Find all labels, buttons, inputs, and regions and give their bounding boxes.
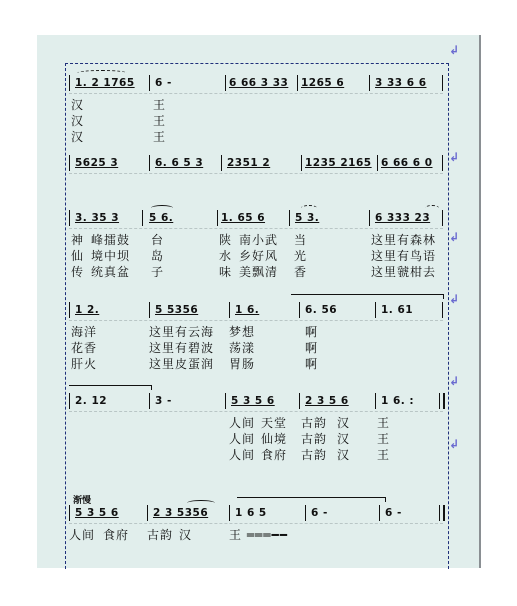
paragraph-mark-icon: ↲ xyxy=(449,230,459,244)
notation-line: 5625 3 6. 6 5 3 2351 2 1235 2165 6 66 6 … xyxy=(69,157,443,174)
notation-line: 1. 2 1765 6 - 6 66 3 33 1265 6 3 33 6 6 xyxy=(69,77,443,94)
notation-line: 3. 35 3 5 6. 1. 65 6 5 3. 6 333 23 xyxy=(69,212,443,229)
paragraph-mark-icon: ↲ xyxy=(449,43,459,57)
notation-line: 1 2. 5 5356 1 6. 6. 56 1. 61 xyxy=(69,304,443,321)
tempo-mark: 渐慢 xyxy=(73,493,91,506)
paragraph-mark-icon: ↲ xyxy=(449,374,459,388)
paragraph-mark-icon: ↲ xyxy=(449,292,459,306)
paragraph-mark-icon: ↲ xyxy=(449,437,459,451)
notation-line: 2. 12 3 - 5 3 5 6 2 3 5 6 1 6. : xyxy=(69,395,443,412)
score-page: ↲ ↲ ↲ ↲ ↲ ↲ 1. 2 1765 6 - 6 66 3 33 1265… xyxy=(37,35,481,568)
paragraph-mark-icon: ↲ xyxy=(449,150,459,164)
notation-line: 5 3 5 6 2 3 5356 1 6 5 6 - 6 - xyxy=(69,507,443,524)
